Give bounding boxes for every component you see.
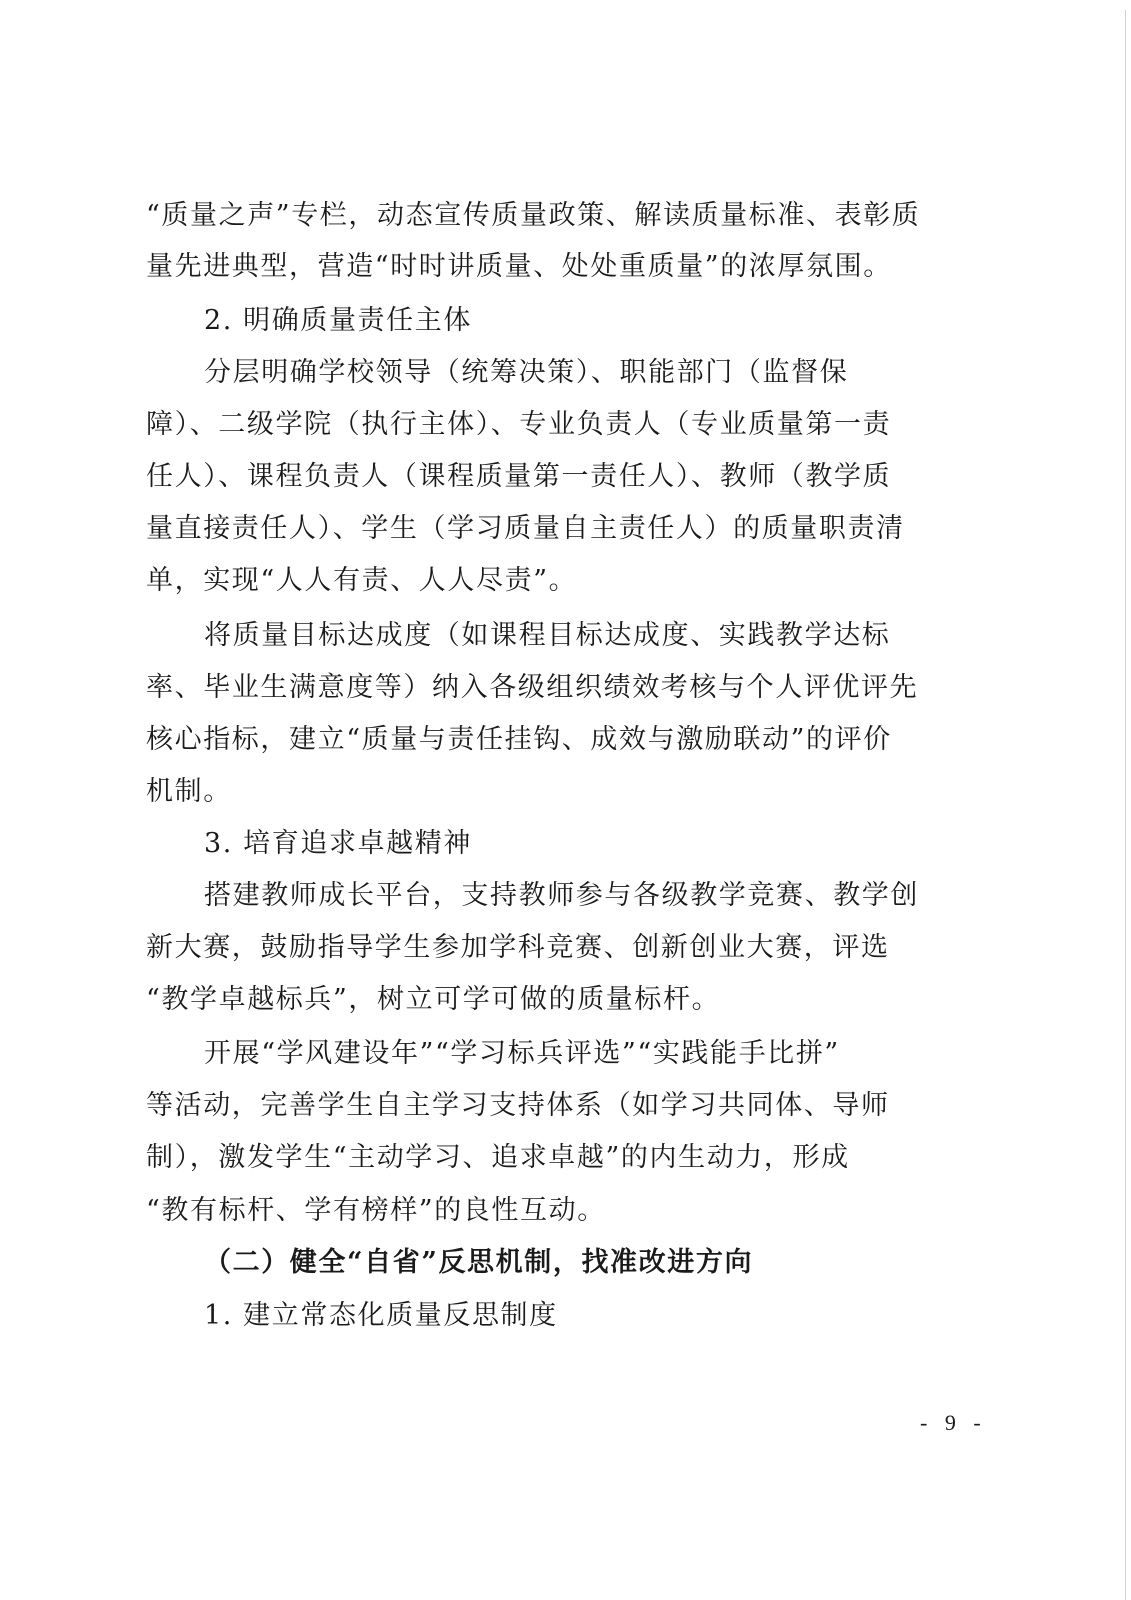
paragraph-line: 单，实现“人人有责、人人尽责”。	[146, 563, 968, 599]
paragraph-line: 障）、二级学院（执行主体）、专业负责人（专业质量第一责	[146, 407, 968, 443]
paragraph-line: 新大赛，鼓励指导学生参加学科竞赛、创新创业大赛，评选	[146, 930, 968, 966]
subheading-reflection-system: 1. 建立常态化质量反思制度	[204, 1298, 968, 1334]
paragraph-line: “质量之声”专栏，动态宣传质量政策、解读质量标准、表彰质	[146, 198, 968, 234]
paragraph-line: 率、毕业生满意度等）纳入各级组织绩效考核与个人评优评先	[146, 670, 968, 706]
page-edge-line	[1125, 10, 1126, 1600]
paragraph-line: 制），激发学生“主动学习、追求卓越”的内生动力，形成	[146, 1140, 968, 1176]
subheading-clarify-responsibility: 2. 明确质量责任主体	[204, 303, 968, 339]
paragraph-line: “教有标杆、学有榜样”的良性互动。	[146, 1193, 968, 1229]
paragraph-line: 等活动，完善学生自主学习支持体系（如学习共同体、导师	[146, 1088, 968, 1124]
page-number: - 9 -	[920, 1410, 987, 1436]
paragraph-line: 机制。	[146, 774, 968, 810]
paragraph-line: 任人）、课程负责人（课程质量第一责任人）、教师（教学质	[146, 459, 968, 495]
paragraph-line: 量直接责任人）、学生（学习质量自主责任人）的质量职责清	[146, 511, 968, 547]
paragraph-line: 核心指标，建立“质量与责任挂钩、成效与激励联动”的评价	[146, 722, 968, 758]
paragraph-line: 搭建教师成长平台，支持教师参与各级教学竞赛、教学创	[204, 878, 968, 914]
paragraph-line: 分层明确学校领导（统筹决策）、职能部门（监督保	[204, 355, 968, 391]
paragraph-line: 将质量目标达成度（如课程目标达成度、实践教学达标	[204, 618, 968, 654]
paragraph-line: 开展“学风建设年”“学习标兵评选”“实践能手比拼”	[204, 1036, 968, 1072]
paragraph-line: “教学卓越标兵”，树立可学可做的质量标杆。	[146, 982, 968, 1018]
subheading-cultivate-excellence: 3. 培育追求卓越精神	[204, 826, 968, 862]
section-heading-reflection: （二）健全“自省”反思机制，找准改进方向	[204, 1245, 968, 1281]
paragraph-line: 量先进典型，营造“时时讲质量、处处重质量”的浓厚氛围。	[146, 249, 968, 285]
